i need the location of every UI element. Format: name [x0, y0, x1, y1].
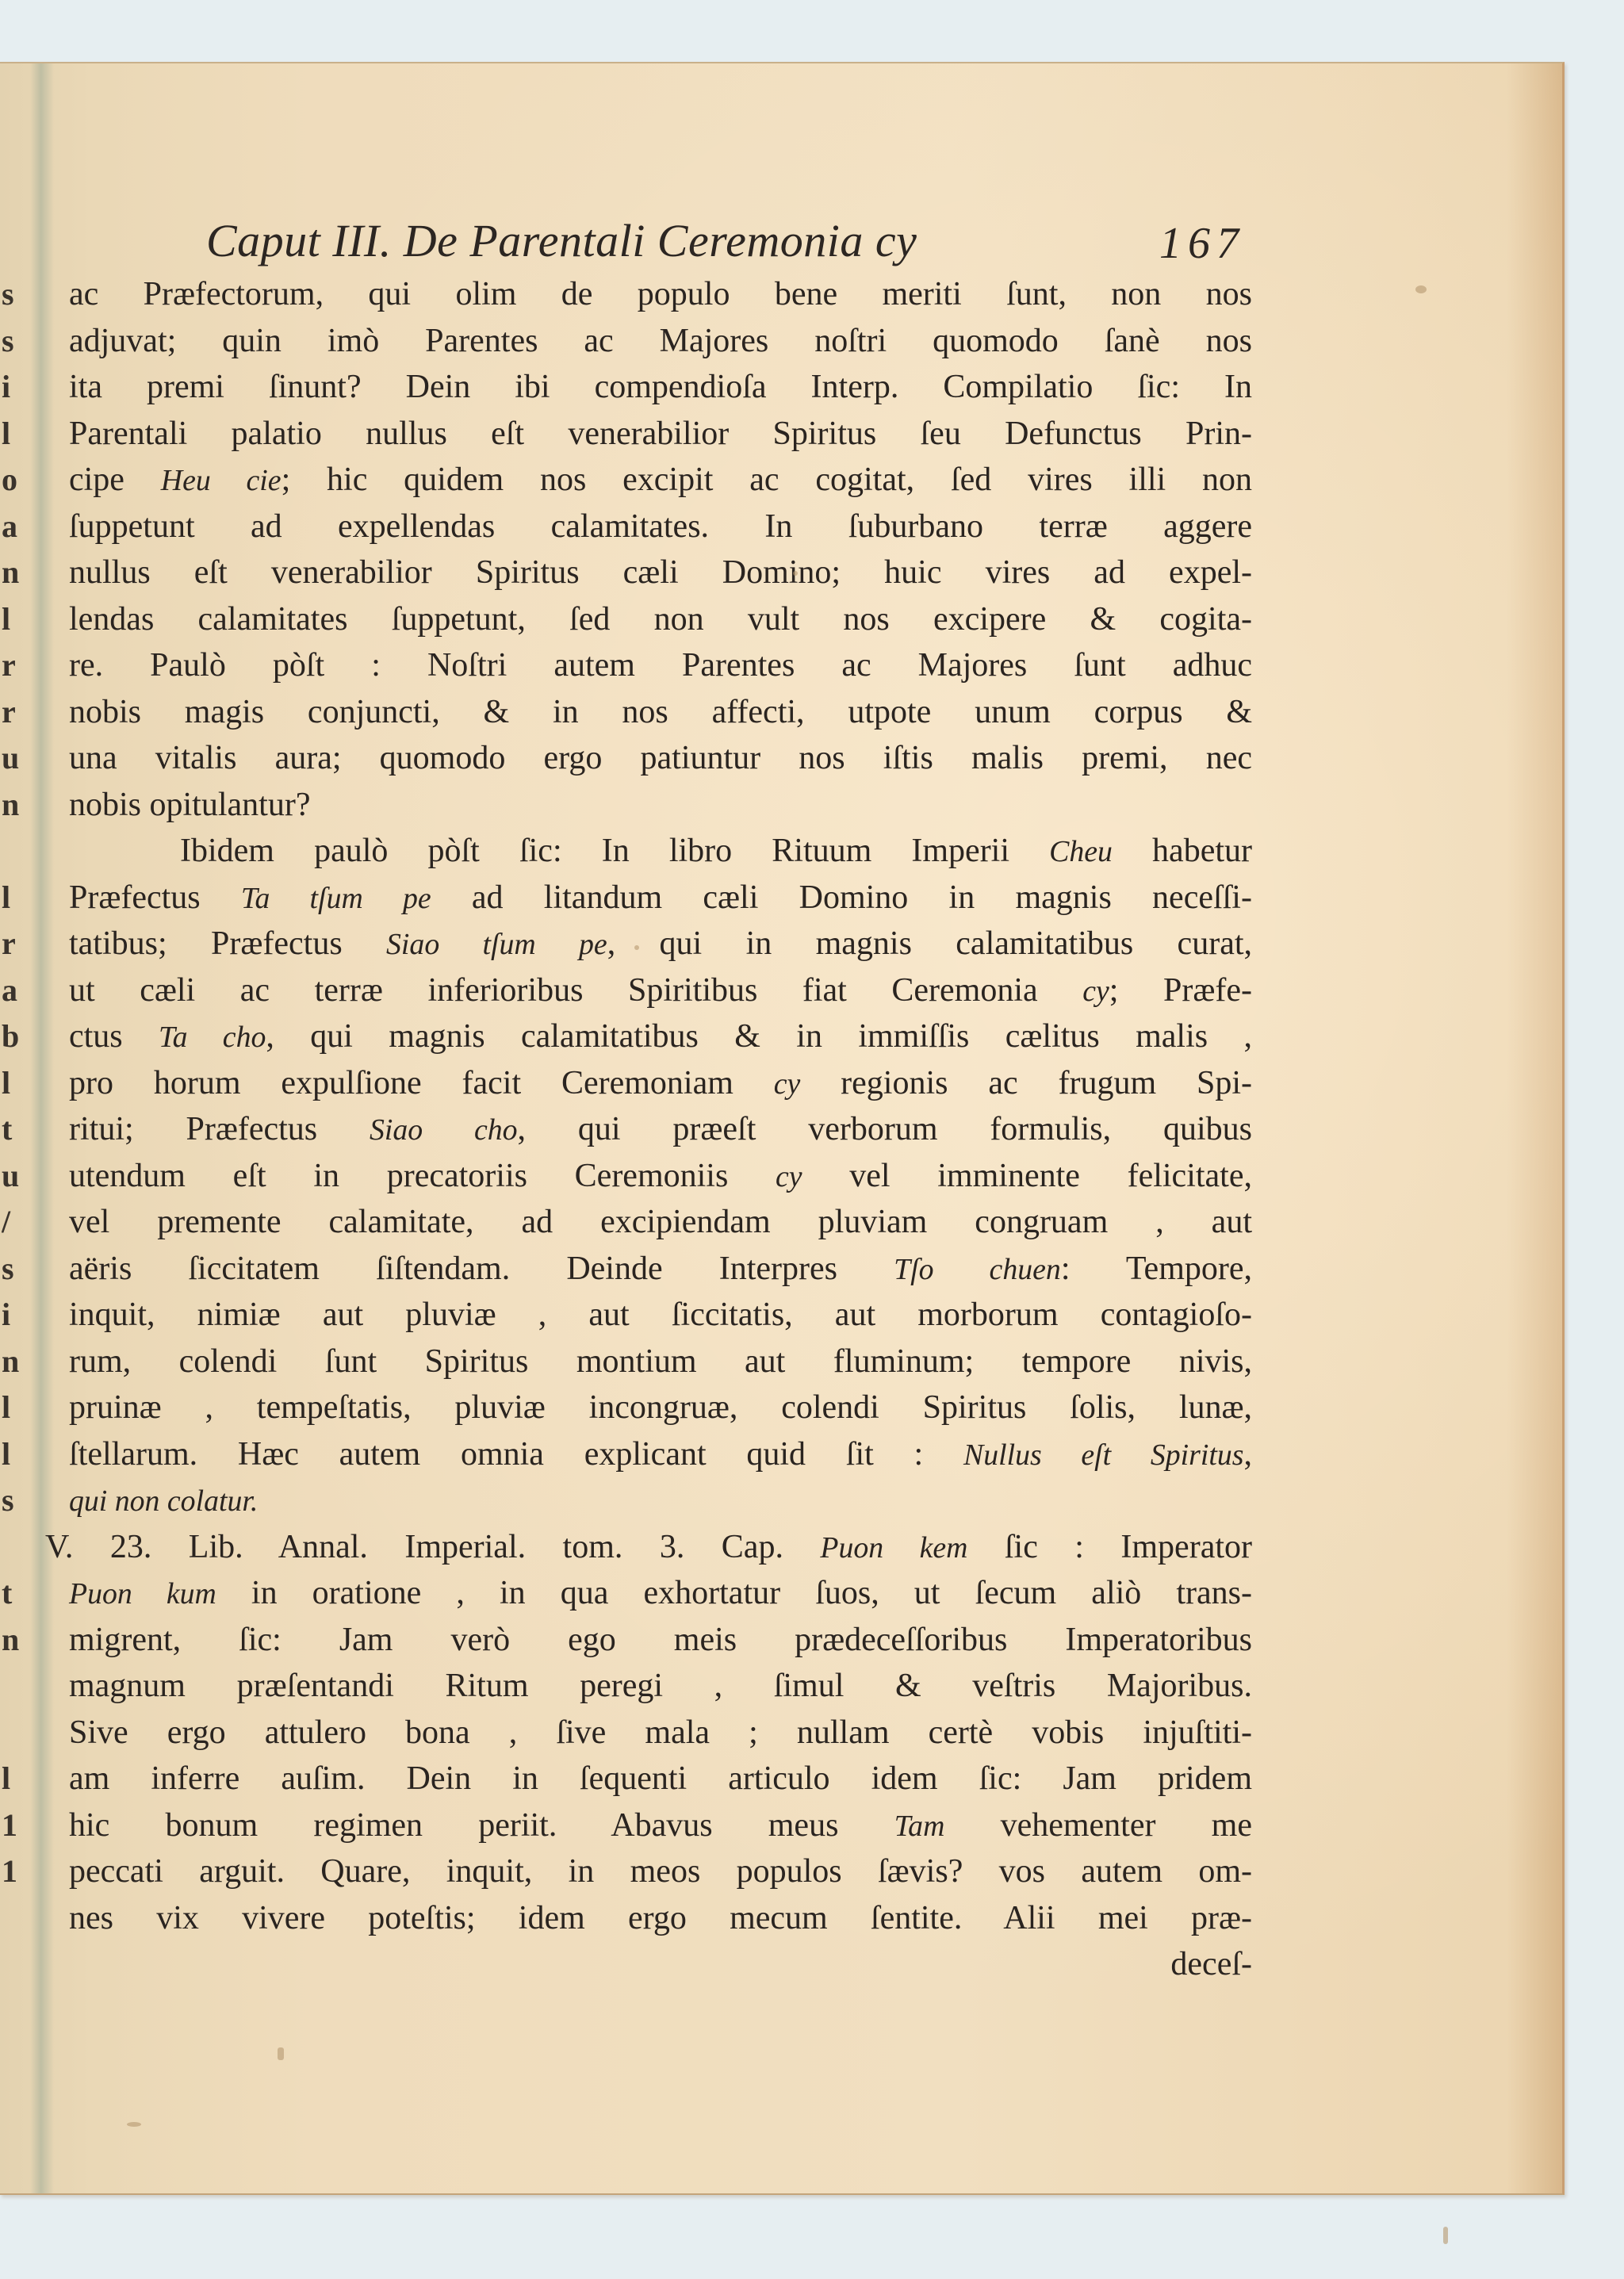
italic-term: Puon kum — [69, 1577, 216, 1611]
facing-page-letter: a — [2, 967, 19, 1014]
text-line: aëris ſiccitatem ſiſtendam. Deinde Inter… — [69, 1246, 1252, 1293]
text-run: migrent, ſic: Jam verò ego meis prædeceſ… — [69, 1622, 1252, 1658]
facing-page-letter: s — [2, 318, 19, 365]
facing-page-letter: t — [2, 1570, 19, 1617]
text-line: ctus Ta cho, qui magnis calamitatibus & … — [69, 1013, 1252, 1060]
facing-page-letter: n — [2, 550, 19, 596]
italic-term: Ta tſum pe — [241, 882, 431, 915]
text-run: habetur — [1113, 833, 1252, 869]
facing-page-letter: l — [2, 875, 19, 921]
text-line: Parentali palatio nullus eſt venerabilio… — [69, 411, 1252, 458]
text-line: cipe Heu cie; hic quidem nos excipit ac … — [69, 457, 1252, 504]
text-run: vel imminente felicitate, — [802, 1158, 1252, 1194]
italic-term: qui non colatur. — [69, 1484, 258, 1518]
text-line: Ibidem paulò pòſt ſic: In libro Rituum I… — [69, 828, 1252, 875]
italic-term: Siao cho — [370, 1113, 518, 1147]
text-line: utendum eſt in precatoriis Ceremoniis cy… — [69, 1153, 1252, 1200]
facing-page-letter — [2, 828, 19, 875]
text-line: nobis opitulantur? — [69, 782, 1252, 829]
text-run: inquit, nimiæ aut pluviæ , aut ſiccitati… — [69, 1297, 1252, 1333]
text-run: ſuppetunt ad expellendas calamitates. In… — [69, 508, 1252, 545]
text-line: inquit, nimiæ aut pluviæ , aut ſiccitati… — [69, 1292, 1252, 1339]
text-run: nes vix vivere poteſtis; idem ergo mecum… — [69, 1900, 1252, 1936]
italic-term: cy — [774, 1067, 801, 1101]
facing-page-letter: u — [2, 735, 19, 782]
facing-page-letter: b — [2, 1013, 19, 1060]
paper-speck — [278, 2047, 284, 2060]
text-run: , qui in magnis calamitatibus curat, — [607, 925, 1252, 962]
text-run: ; Præfe- — [1109, 972, 1252, 1009]
text-line: Sive ergo attulero bona , ſive mala ; nu… — [69, 1710, 1252, 1756]
text-run: regionis ac frugum Spi- — [800, 1065, 1252, 1101]
facing-page-letter — [2, 1524, 19, 1571]
text-run: Sive ergo attulero bona , ſive mala ; nu… — [69, 1714, 1252, 1751]
facing-page-letter: l — [2, 411, 19, 458]
text-line: nobis magis conjuncti, & in nos affecti,… — [69, 689, 1252, 736]
text-line: nes vix vivere poteſtis; idem ergo mecum… — [69, 1895, 1252, 1942]
facing-page-letter: n — [2, 1617, 19, 1664]
text-line: ſtellarum. Hæc autem omnia explicant qui… — [69, 1431, 1252, 1478]
gutter-shadow — [30, 63, 54, 2193]
facing-page-letter: i — [2, 1292, 19, 1339]
italic-term: cy — [1082, 975, 1109, 1008]
text-run: , qui præeſt verborum formulis, quibus — [518, 1111, 1252, 1147]
facing-page-letter: o — [2, 457, 19, 504]
text-run: pruinæ , tempeſtatis, pluviæ incongruæ, … — [69, 1389, 1252, 1426]
paper-speck — [1443, 2227, 1448, 2244]
facing-page-letter: r — [2, 642, 19, 689]
text-run: ritui; Præfectus — [69, 1111, 370, 1147]
text-line: magnum præſentandi Ritum peregi , ſimul … — [69, 1663, 1252, 1710]
text-line: Puon kum in oratione , in qua exhortatur… — [69, 1570, 1252, 1617]
text-run: Ibidem paulò pòſt ſic: In libro Rituum I… — [180, 833, 1049, 869]
facing-page-letter: l — [2, 1431, 19, 1478]
text-line: Præfectus Ta tſum pe ad litandum cæli Do… — [69, 875, 1252, 921]
facing-page-letter: s — [2, 1477, 19, 1524]
running-head-title: Caput III. De Parentali Ceremonia cy — [206, 214, 1158, 267]
text-run: ſtellarum. Hæc autem omnia explicant qui… — [69, 1436, 963, 1473]
body-text: ac Præfectorum, qui olim de populo bene … — [69, 271, 1252, 1988]
text-run: lendas calamitates ſuppetunt, ſed non vu… — [69, 601, 1252, 638]
facing-page-letter: r — [2, 689, 19, 736]
text-line: ritui; Præfectus Siao cho, qui præeſt ve… — [69, 1106, 1252, 1153]
text-line: deceſ- — [69, 1941, 1252, 1988]
paper-speck — [793, 571, 798, 576]
text-line: adjuvat; quin imò Parentes ac Majores no… — [69, 318, 1252, 365]
text-line: ita premi ſinunt? Dein ibi compendioſa I… — [69, 364, 1252, 411]
facing-page-letter: / — [2, 1199, 19, 1246]
italic-term: Tam — [894, 1810, 945, 1843]
facing-page-letter: t — [2, 1106, 19, 1153]
italic-term: Siao tſum pe — [386, 928, 607, 961]
text-line: migrent, ſic: Jam verò ego meis prædeceſ… — [69, 1617, 1252, 1664]
text-run: deceſ- — [1170, 1946, 1252, 1982]
facing-page-letter: l — [2, 1756, 19, 1802]
text-line: am inferre auſim. Dein in ſequenti artic… — [69, 1756, 1252, 1802]
text-run: ut cæli ac terræ inferioribus Spiritibus… — [69, 972, 1082, 1009]
facing-page-letter — [2, 1663, 19, 1710]
text-run: adjuvat; quin imò Parentes ac Majores no… — [69, 323, 1252, 359]
text-line: hic bonum regimen periit. Abavus meus Ta… — [69, 1802, 1252, 1849]
text-line: rum, colendi ſunt Spiritus montium aut f… — [69, 1339, 1252, 1385]
italic-term: cy — [776, 1160, 802, 1193]
text-run: ſic : Imperator — [967, 1529, 1252, 1565]
text-run: cipe — [69, 462, 161, 498]
facing-page-letter — [2, 1710, 19, 1756]
text-run: in oratione , in qua exhortatur ſuos, ut… — [216, 1575, 1252, 1611]
facing-page-letter: l — [2, 596, 19, 643]
facing-page-letter: n — [2, 1339, 19, 1385]
italic-term: Nullus eſt Spiritus — [963, 1438, 1244, 1472]
facing-page-letter: a — [2, 504, 19, 550]
italic-term: Heu cie — [161, 464, 282, 497]
text-run: tatibus; Præfectus — [69, 925, 386, 962]
facing-page-fragments: ssiloanlrrunlrabltu/sinllstnl11 — [2, 271, 19, 1941]
text-run: nobis opitulantur? — [69, 787, 310, 823]
text-run: : Tempore, — [1061, 1251, 1252, 1287]
text-run: pro horum expulſione facit Ceremoniam — [69, 1065, 774, 1101]
text-line: vel premente calamitate, ad excipiendam … — [69, 1199, 1252, 1246]
text-run: hic bonum regimen periit. Abavus meus — [69, 1807, 894, 1844]
text-run: ita premi ſinunt? Dein ibi compendioſa I… — [69, 369, 1252, 405]
facing-page-letter: l — [2, 1060, 19, 1107]
text-run: vel premente calamitate, ad excipiendam … — [69, 1204, 1252, 1240]
text-run: ctus — [69, 1018, 159, 1055]
paper-speck — [634, 945, 639, 950]
text-run: nobis magis conjuncti, & in nos affecti,… — [69, 694, 1252, 730]
facing-page-letter: u — [2, 1153, 19, 1200]
text-run: aëris ſiccitatem ſiſtendam. Deinde Inter… — [69, 1251, 894, 1287]
italic-term: Tſo chuen — [894, 1253, 1061, 1286]
facing-page-letter: 1 — [2, 1802, 19, 1849]
text-line: pro horum expulſione facit Ceremoniam cy… — [69, 1060, 1252, 1107]
paper-speck — [127, 2122, 141, 2127]
text-run: utendum eſt in precatoriis Ceremoniis — [69, 1158, 776, 1194]
text-line: una vitalis aura; quomodo ergo patiuntur… — [69, 735, 1252, 782]
text-line: pruinæ , tempeſtatis, pluviæ incongruæ, … — [69, 1385, 1252, 1431]
facing-page-letter: n — [2, 782, 19, 829]
text-run: Parentali palatio nullus eſt venerabilio… — [69, 416, 1252, 452]
text-line: re. Paulò pòſt : Noſtri autem Parentes a… — [69, 642, 1252, 689]
text-run: magnum præſentandi Ritum peregi , ſimul … — [69, 1668, 1252, 1704]
italic-term: Cheu — [1049, 835, 1113, 868]
text-line: V. 23. Lib. Annal. Imperial. tom. 3. Cap… — [45, 1524, 1252, 1571]
text-run: vehementer me — [944, 1807, 1252, 1844]
text-run: peccati arguit. Quare, inquit, in meos p… — [69, 1853, 1252, 1890]
page-number: 167 — [1159, 218, 1245, 269]
text-line: ſuppetunt ad expellendas calamitates. In… — [69, 504, 1252, 550]
text-run: rum, colendi ſunt Spiritus montium aut f… — [69, 1343, 1252, 1380]
facing-page-letter: r — [2, 921, 19, 967]
italic-term: Puon kem — [820, 1531, 967, 1565]
text-run: , — [1244, 1436, 1253, 1473]
facing-page-letter: 1 — [2, 1848, 19, 1895]
facing-page-letter — [2, 1895, 19, 1942]
italic-term: Ta cho — [159, 1021, 266, 1054]
text-line: qui non colatur. — [69, 1477, 1252, 1524]
text-run: ; hic quidem nos excipit ac cogitat, ſed… — [282, 462, 1252, 498]
text-line: ut cæli ac terræ inferioribus Spiritibus… — [69, 967, 1252, 1014]
text-line: tatibus; Præfectus Siao tſum pe, qui in … — [69, 921, 1252, 967]
text-run: V. 23. Lib. Annal. Imperial. tom. 3. Cap… — [45, 1529, 820, 1565]
facing-page-letter: s — [2, 271, 19, 318]
paper-speck — [1415, 285, 1427, 293]
text-run: am inferre auſim. Dein in ſequenti artic… — [69, 1760, 1252, 1797]
text-run: ad litandum cæli Domino in magnis neceſſ… — [431, 879, 1252, 916]
text-line: peccati arguit. Quare, inquit, in meos p… — [69, 1848, 1252, 1895]
text-run: una vitalis aura; quomodo ergo patiuntur… — [69, 740, 1252, 776]
text-run: Præfectus — [69, 879, 241, 916]
text-line: nullus eſt venerabilior Spiritus cæli Do… — [69, 550, 1252, 596]
book-page: ssiloanlrrunlrabltu/sinllstnl11 Caput II… — [0, 62, 1565, 2195]
facing-page-letter: i — [2, 364, 19, 411]
text-run: , qui magnis calamitatibus & in immiſſis… — [266, 1018, 1252, 1055]
text-line: lendas calamitates ſuppetunt, ſed non vu… — [69, 596, 1252, 643]
text-run: ac Præfectorum, qui olim de populo bene … — [69, 276, 1252, 312]
text-line: ac Præfectorum, qui olim de populo bene … — [69, 271, 1252, 318]
facing-page-letter: l — [2, 1385, 19, 1431]
facing-page-letter: s — [2, 1246, 19, 1293]
text-run: nullus eſt venerabilior Spiritus cæli Do… — [69, 554, 1252, 591]
text-run: re. Paulò pòſt : Noſtri autem Parentes a… — [69, 647, 1252, 684]
